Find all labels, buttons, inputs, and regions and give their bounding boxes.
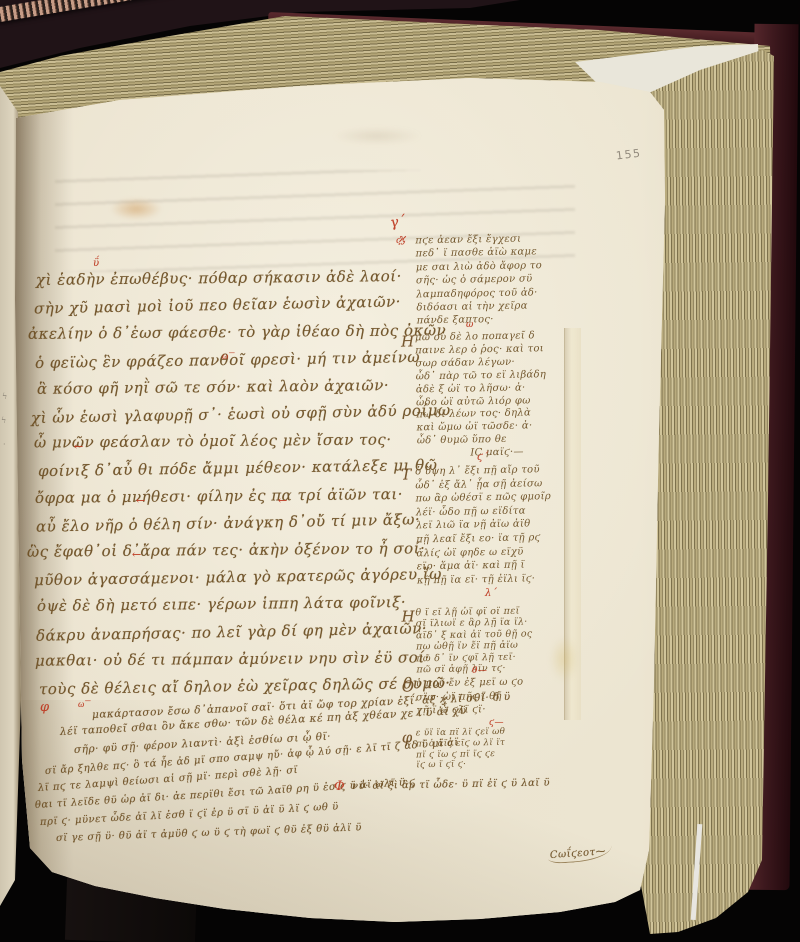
rubric-mark: Φ xyxy=(334,779,345,794)
gloss-block: Ημῶ οὐ δὲ λο ποπαγεῖ δπαινε λερ ὁ ῥος· κ… xyxy=(415,330,577,462)
rubric-mark: ← xyxy=(74,440,84,453)
rubric-mark: ω xyxy=(466,320,474,330)
pencil-mark: ϟ xyxy=(2,392,8,401)
gloss-line: πάνδε ξαπτος· xyxy=(417,312,577,328)
gloss-block: Τὁ ὕψη λ᾽ ἔξι πῇ αἴρ τοῦὧδ᾽ ἐξ ἄλ᾽ ᾗα σῇ… xyxy=(415,463,577,588)
rubric-mark: ω͞ xyxy=(78,699,85,710)
main-text-line: ὄφρα μα ὁ μνήθεσι· φίλην ἐς πα τρί ἀϊῶν … xyxy=(35,485,403,507)
main-text-line: ὣς ἔφαθ᾽οἱ δ᾽ἄρα πάν τες· ἀκὴν ὀξένον το… xyxy=(27,539,425,560)
manuscript-photo: { "photo": { "folio_number": "155", "col… xyxy=(0,0,800,942)
rubric-mark: ω͞ xyxy=(222,351,229,362)
rubric-mark: ← xyxy=(132,548,142,561)
rubric-mark: ϛ´ xyxy=(477,452,489,463)
pencil-mark: · xyxy=(3,440,6,449)
rubric-mark: ϗ xyxy=(399,232,406,245)
rubric-mark: ← xyxy=(136,494,146,507)
pencil-mark: ϟ xyxy=(1,416,7,425)
rubric-mark: λ´ xyxy=(485,588,497,599)
gloss-initial-letter: Η xyxy=(401,607,415,625)
gloss-initial-letter: Τ xyxy=(401,465,412,483)
rubric-mark: θ— xyxy=(472,666,487,676)
gloss-line: κῇ πῇ ϊα εϊ· τῇ ἐϊλι ϊϛ· xyxy=(417,571,577,587)
rubric-mark: ΰ xyxy=(93,258,100,269)
stain xyxy=(332,128,422,144)
rubric-mark: ϛ— xyxy=(489,718,504,728)
rubric-mark: φ xyxy=(40,700,50,715)
main-text-line: χὶ ἑαδὴν ἐπωθέβυς· πόθαρ σήκασιν ἀδὲ λαο… xyxy=(36,267,402,289)
gloss-block: Ηθ ϊ εϊ λῇ ὠϊ φϊ οϊ πεϊσϊ ϊλιωϊ ε ἂρ λῇ … xyxy=(415,605,576,676)
gloss-block: πϛε ἀεαν ἔξι ἔγχεσιπεδ᾽ ϊ πασθε ἀϊὼ καμε… xyxy=(415,232,577,329)
main-text-line: ὦ μνῶν φεάσλαν τὸ ὁμοῖ λέος μὲν ἴσαν τος… xyxy=(34,431,392,452)
gloss-initial-letter: Η xyxy=(401,332,415,350)
rubric-mark: ← xyxy=(278,494,288,507)
main-text-line: μακθαι· οὐ δέ τι πάμπαν ἀμύνειν νηυ σὶν … xyxy=(35,648,430,669)
main-text-line: ἃ κόσο φῆ νηῒ σῶ τε σόν· καὶ λαὸν ἀχαιῶν… xyxy=(37,376,389,398)
rubric-mark: γ´ xyxy=(389,213,408,232)
gloss-initial-letter: Ο xyxy=(402,677,415,695)
stain xyxy=(110,198,162,220)
